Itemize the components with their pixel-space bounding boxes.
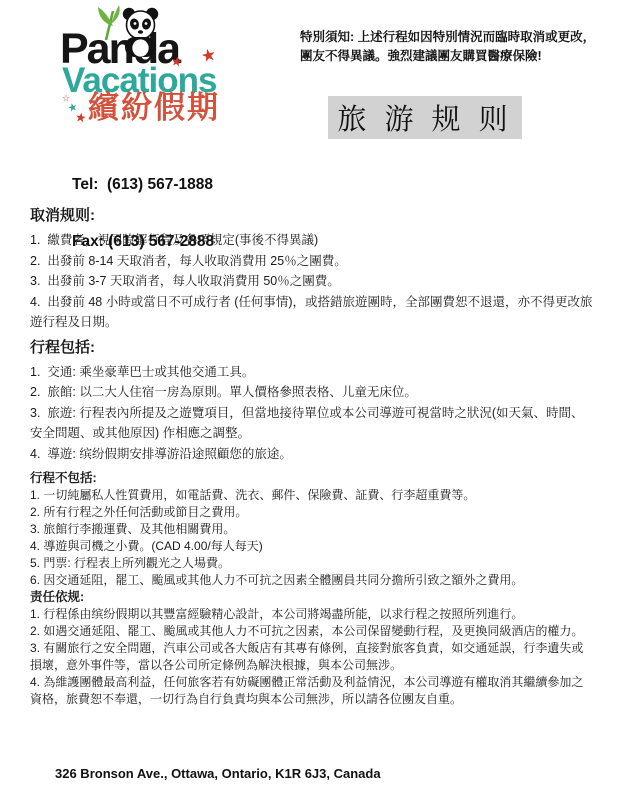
section-liability-rules: 责任依规: 1. 行程係由缤纷假期以其豐富經驗精心設計，本公司將竭盡所能，以求行… (30, 589, 593, 708)
section-itinerary-includes: 行程包括: 1. 交通: 乘坐豪華巴士或其他交通工具。 2. 旅館: 以二大人住… (30, 339, 593, 465)
panda-logo-icon (92, 4, 172, 58)
list-item: 1. 繳費者，視同瞭解行程及各項規定(事後不得異議) (30, 230, 593, 251)
list-item: 5. 門票: 行程表上所列觀光之人場費。 (30, 555, 593, 572)
document-page: Panda ★ Vacations ★ 繽紛假期 ☆ ★ ★ Tel: (613… (0, 0, 618, 800)
special-notice-line: 團友不得異議。強烈建議團友購買醫療保險! (300, 47, 612, 66)
special-notice-line: 特別須知: 上述行程如因特別情況而臨時取消或更改， (300, 28, 612, 47)
footer-address: 326 Bronson Ave., Ottawa, Ontario, K1R 6… (55, 766, 381, 781)
list-item: 3. 有關旅行之安全問題，汽車公司或各大飯店有其專有條例，直接對旅客負責，如交通… (30, 640, 593, 674)
section-itinerary-excludes: 行程不包括: 1. 一切純屬私人性質費用，如電話費、洗衣、郵件、保險費、証費、行… (30, 470, 593, 589)
brand-wordmark-chinese: 繽紛假期 (88, 92, 220, 123)
list-item: 2. 如遇交通延阻、罷工、颱風或其他人力不可抗之因素，本公司保留變動行程，及更換… (30, 623, 593, 640)
list-item: 4. 為維護團體最高利益，任何旅客若有妨礙團體正常活動及利益情況，本公司導遊有權… (30, 674, 593, 708)
list-item: 2. 旅館: 以二大人住宿一房為原則。單人價格參照表格、儿童无床位。 (30, 382, 593, 403)
section-heading: 取消规则: (30, 207, 593, 225)
list-item: 4. 導遊: 缤纷假期安排導游沿途照顧您的旅途。 (30, 444, 593, 465)
tel-line: Tel: (613) 567-1888 (72, 175, 214, 194)
list-item: 3. 出發前 3-7 天取消者，每人收取消費用 50％之團費。 (30, 271, 593, 292)
page-title: 旅 游 规 则 (328, 96, 522, 139)
special-notice: 特別須知: 上述行程如因特別情況而臨時取消或更改， 團友不得異議。強烈建議團友購… (300, 28, 612, 66)
section-cancellation-rules: 取消规则: 1. 繳費者，視同瞭解行程及各項規定(事後不得異議) 2. 出發前 … (30, 207, 593, 333)
list-item: 1. 交通: 乘坐豪華巴士或其他交通工具。 (30, 362, 593, 383)
list-item: 2. 出發前 8-14 天取消者，每人收取消費用 25％之團費。 (30, 251, 593, 272)
section-heading: 行程包括: (30, 339, 593, 357)
list-item: 1. 行程係由缤纷假期以其豐富經驗精心設計，本公司將竭盡所能，以求行程之按照所列… (30, 606, 593, 623)
list-item: 1. 一切純屬私人性質費用，如電話費、洗衣、郵件、保險費、証費、行李超重費等。 (30, 487, 593, 504)
star-icon: ★ (170, 54, 184, 69)
list-item: 3. 旅遊: 行程表內所提及之遊覽項目，但當地接待單位或本公司導遊可視當時之狀況… (30, 403, 593, 444)
list-item: 6. 因交通延阻，罷工、颱風或其他人力不可抗之因素全體團員共同分擔所引致之額外之… (30, 572, 593, 589)
list-item: 2. 所有行程之外任何活動或節目之費用。 (30, 504, 593, 521)
rules-content: 取消规则: 1. 繳費者，視同瞭解行程及各項規定(事後不得異議) 2. 出發前 … (30, 207, 593, 708)
list-item: 3. 旅館行李搬運費、及其他相關費用。 (30, 521, 593, 538)
list-item: 4. 出發前 48 小時或當日不可成行者 (任何事情)，或搭錯旅遊團時，全部團費… (30, 292, 593, 333)
list-item: 4. 導遊與司機之小費。(CAD 4.00/每人每天) (30, 538, 593, 555)
star-icon: ★ (74, 110, 87, 124)
section-heading: 责任依规: (30, 589, 593, 606)
section-heading: 行程不包括: (30, 470, 593, 487)
